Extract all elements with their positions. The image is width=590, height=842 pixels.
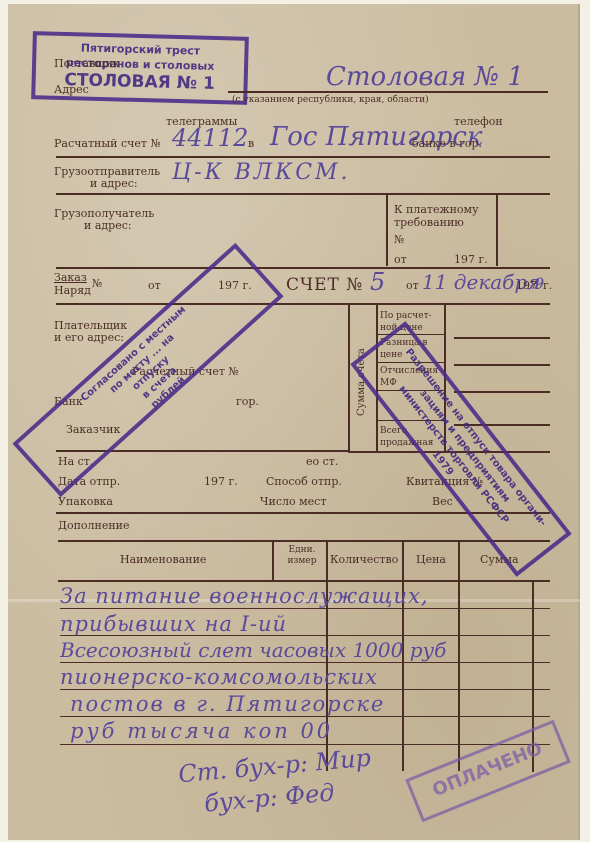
permit-stamp-right: Разрешение на отпуск товара органи- заци…: [350, 321, 571, 577]
col-divider: [272, 541, 274, 581]
col-header-unit: Едни. измер: [280, 545, 324, 567]
work-order-label: Наряд: [54, 285, 91, 297]
places-label: Число мест: [260, 496, 326, 508]
weight-label: Вес: [432, 496, 453, 508]
order-line: [56, 303, 550, 305]
stamp-text: министерств торговли РСФСР: [367, 348, 539, 563]
table-row-line: [60, 662, 550, 663]
col-header-quantity: Количество: [330, 554, 398, 566]
table-header-line: [58, 580, 550, 582]
table-row-line: [60, 608, 550, 609]
account-label: Расчатный счет №: [54, 138, 161, 150]
payment-req-num: №: [394, 234, 404, 246]
shipper-sub-label: и адрес:: [90, 178, 138, 190]
invoice-from-label: от: [406, 280, 419, 292]
table-row-text: постов в г. Пятигорске: [70, 692, 385, 716]
payment-req-year: 197 г.: [454, 254, 488, 266]
order-from-label: от: [148, 280, 161, 292]
sum-value-line: [454, 337, 550, 339]
ship-method-label: Способ отпр.: [266, 476, 342, 488]
table-top-line: [58, 540, 550, 542]
table-row-text: прибывших на I-ий: [60, 612, 287, 636]
table-row-line: [60, 689, 550, 690]
bank-city-label: банке в гор.: [412, 138, 482, 150]
col-header-name: Наименование: [120, 554, 206, 566]
table-row-text: Всесоюзный слет часовых 1000 руб: [60, 638, 446, 662]
col-divider: [458, 541, 460, 771]
bank-prefix: в: [248, 138, 254, 150]
table-row-line: [60, 635, 550, 636]
sum-value-line: [454, 364, 550, 366]
paid-stamp-text: ОПЛАЧЕНО: [409, 724, 566, 817]
table-row-line: [60, 744, 550, 745]
packing-label: Упаковка: [58, 496, 113, 508]
paid-stamp: ОПЛАЧЕНО: [405, 720, 571, 823]
payment-req-line2: требованию: [394, 217, 464, 229]
address-hint: (с указанием республики, края, области): [232, 94, 429, 106]
table-row-text: пионерско-комсомольских: [60, 665, 378, 689]
sum-value-line: [454, 391, 550, 393]
payment-req-divider-right: [496, 194, 498, 266]
consignee-line: [56, 267, 550, 269]
shipper-handwritten: Ц-К ВЛКСМ.: [172, 160, 351, 185]
supplier-label: Поставщик: [54, 58, 120, 70]
invoice-paper: Пятигорский трест ресторанов и столовых …: [8, 4, 580, 840]
addition-label: Дополнение: [58, 520, 130, 532]
supplier-handwritten: Столовая № 1: [326, 62, 524, 92]
consignee-sub-label: и адрес:: [84, 220, 132, 232]
payment-req-line1: К платежному: [394, 204, 479, 216]
account-number: 44112: [172, 124, 248, 152]
order-num-label: №: [92, 278, 102, 290]
address-label: Адрес: [54, 84, 89, 96]
order-label: Заказ: [54, 272, 87, 284]
payment-req-divider-left: [386, 194, 388, 266]
station-suffix: ео ст.: [306, 456, 338, 468]
table-row-text: За питание военнослужащих,: [60, 584, 429, 608]
ship-date-year: 197 г.: [204, 476, 238, 488]
chief-accountant-signature: Ст. бух-р: Мир: [177, 744, 372, 789]
payment-req-from: от: [394, 254, 407, 266]
invoice-title: СЧЕТ №: [286, 276, 363, 294]
shipper-line: [56, 193, 550, 195]
payer-city-label: гор.: [236, 396, 259, 408]
stamp-text: в счета: [47, 280, 273, 485]
table-row-line: [60, 716, 550, 717]
table-row-text: руб тысяча коп 00: [70, 719, 333, 743]
col-header-price: Цена: [416, 554, 446, 566]
payer-address-label: и его адрес:: [54, 332, 124, 344]
invoice-number: 5: [370, 268, 385, 296]
sum-block-left: [348, 304, 350, 452]
invoice-year-suffix: г.: [543, 280, 552, 292]
account-line: [56, 156, 550, 158]
address-line: [228, 91, 548, 93]
